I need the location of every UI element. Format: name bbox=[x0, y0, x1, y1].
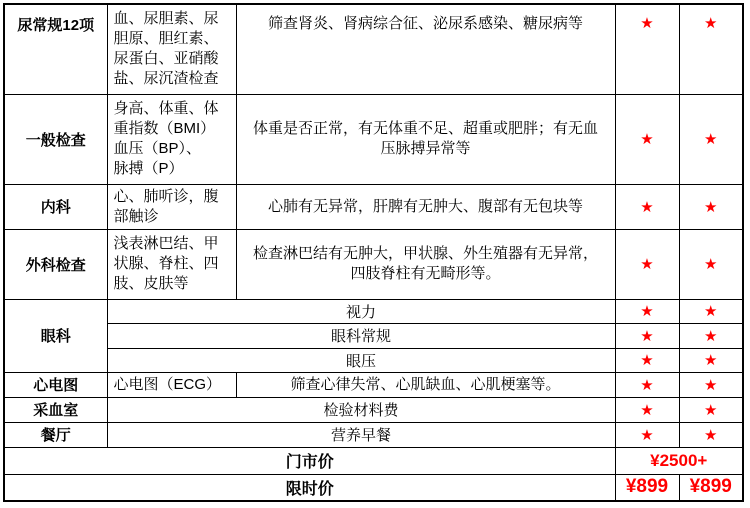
star-cell: ★ bbox=[679, 229, 743, 299]
star-cell: ★ bbox=[615, 372, 679, 397]
star-cell: ★ bbox=[615, 184, 679, 229]
items-cell-ecg: 心电图（ECG） bbox=[107, 372, 236, 397]
star-cell: ★ bbox=[615, 348, 679, 372]
eye-subitem-vision: 视力 bbox=[107, 299, 615, 323]
star-cell: ★ bbox=[679, 323, 743, 348]
star-cell: ★ bbox=[615, 323, 679, 348]
items-cell-general: 身高、体重、体 重指数（BMI） 血压（BP）、 脉搏（P） bbox=[107, 94, 236, 184]
star-cell: ★ bbox=[615, 397, 679, 422]
row-dining: 餐厅 营养早餐 ★ ★ bbox=[4, 422, 743, 447]
desc-cell-ecg: 筛查心律失常、心肌缺血、心肌梗塞等。 bbox=[236, 372, 615, 397]
star-cell: ★ bbox=[615, 4, 679, 94]
items-cell-surgery: 浅表淋巴结、甲 状腺、脊柱、四 肢、皮肤等 bbox=[107, 229, 236, 299]
row-limited-price: 限时价 ¥899 ¥899 bbox=[4, 474, 743, 501]
category-cell-ecg: 心电图 bbox=[4, 372, 107, 397]
desc-cell-surgery: 检查淋巴结有无肿大，甲状腺、外生殖器有无异常， 四肢脊柱有无畸形等。 bbox=[236, 229, 615, 299]
row-ecg: 心电图 心电图（ECG） 筛查心律失常、心肌缺血、心肌梗塞等。 ★ ★ bbox=[4, 372, 743, 397]
category-cell-blood: 采血室 bbox=[4, 397, 107, 422]
desc-cell-general: 体重是否正常，有无体重不足、超重或肥胖；有无血 压脉搏异常等 bbox=[236, 94, 615, 184]
category-cell-urine: 尿常规12项 bbox=[4, 4, 107, 94]
category-cell-surgery: 外科检查 bbox=[4, 229, 107, 299]
desc-cell-internal: 心肺有无异常，肝脾有无肿大、腹部有无包块等 bbox=[236, 184, 615, 229]
items-cell-urine: 血、尿胆素、尿 胆原、胆红素、 尿蛋白、亚硝酸 盐、尿沉渣检查 bbox=[107, 4, 236, 94]
limited-price-value-b: ¥899 bbox=[679, 474, 743, 501]
category-cell-general: 一般检查 bbox=[4, 94, 107, 184]
row-internal: 内科 心、肺听诊，腹 部触诊 心肺有无异常，肝脾有无肿大、腹部有无包块等 ★ ★ bbox=[4, 184, 743, 229]
desc-cell-blood: 检验材料费 bbox=[107, 397, 615, 422]
category-cell-eye: 眼科 bbox=[4, 299, 107, 372]
eye-subitem-pressure: 眼压 bbox=[107, 348, 615, 372]
star-cell: ★ bbox=[615, 229, 679, 299]
health-checkup-price-table: 尿常规12项 血、尿胆素、尿 胆原、胆红素、 尿蛋白、亚硝酸 盐、尿沉渣检查 筛… bbox=[3, 3, 744, 502]
star-cell: ★ bbox=[679, 94, 743, 184]
eye-subitem-routine: 眼科常规 bbox=[107, 323, 615, 348]
star-cell: ★ bbox=[679, 422, 743, 447]
star-cell: ★ bbox=[615, 299, 679, 323]
desc-cell-dining: 营养早餐 bbox=[107, 422, 615, 447]
category-cell-internal: 内科 bbox=[4, 184, 107, 229]
star-cell: ★ bbox=[615, 94, 679, 184]
row-urine: 尿常规12项 血、尿胆素、尿 胆原、胆红素、 尿蛋白、亚硝酸 盐、尿沉渣检查 筛… bbox=[4, 4, 743, 94]
limited-price-value-a: ¥899 bbox=[615, 474, 679, 501]
star-cell: ★ bbox=[679, 184, 743, 229]
row-eye-pressure: 眼压 ★ ★ bbox=[4, 348, 743, 372]
star-cell: ★ bbox=[679, 4, 743, 94]
row-eye-vision: 眼科 视力 ★ ★ bbox=[4, 299, 743, 323]
desc-cell-urine: 筛查肾炎、肾病综合征、泌尿系感染、糖尿病等 bbox=[236, 4, 615, 94]
market-price-label: 门市价 bbox=[4, 447, 615, 474]
market-price-value: ¥2500+ bbox=[615, 447, 743, 474]
limited-price-label: 限时价 bbox=[4, 474, 615, 501]
row-market-price: 门市价 ¥2500+ bbox=[4, 447, 743, 474]
row-blood: 采血室 检验材料费 ★ ★ bbox=[4, 397, 743, 422]
category-cell-dining: 餐厅 bbox=[4, 422, 107, 447]
row-general: 一般检查 身高、体重、体 重指数（BMI） 血压（BP）、 脉搏（P） 体重是否… bbox=[4, 94, 743, 184]
star-cell: ★ bbox=[679, 372, 743, 397]
star-cell: ★ bbox=[679, 348, 743, 372]
star-cell: ★ bbox=[615, 422, 679, 447]
star-cell: ★ bbox=[679, 397, 743, 422]
checkup-table: 尿常规12项 血、尿胆素、尿 胆原、胆红素、 尿蛋白、亚硝酸 盐、尿沉渣检查 筛… bbox=[3, 3, 744, 502]
row-eye-routine: 眼科常规 ★ ★ bbox=[4, 323, 743, 348]
row-surgery: 外科检查 浅表淋巴结、甲 状腺、脊柱、四 肢、皮肤等 检查淋巴结有无肿大，甲状腺… bbox=[4, 229, 743, 299]
items-cell-internal: 心、肺听诊，腹 部触诊 bbox=[107, 184, 236, 229]
star-cell: ★ bbox=[679, 299, 743, 323]
